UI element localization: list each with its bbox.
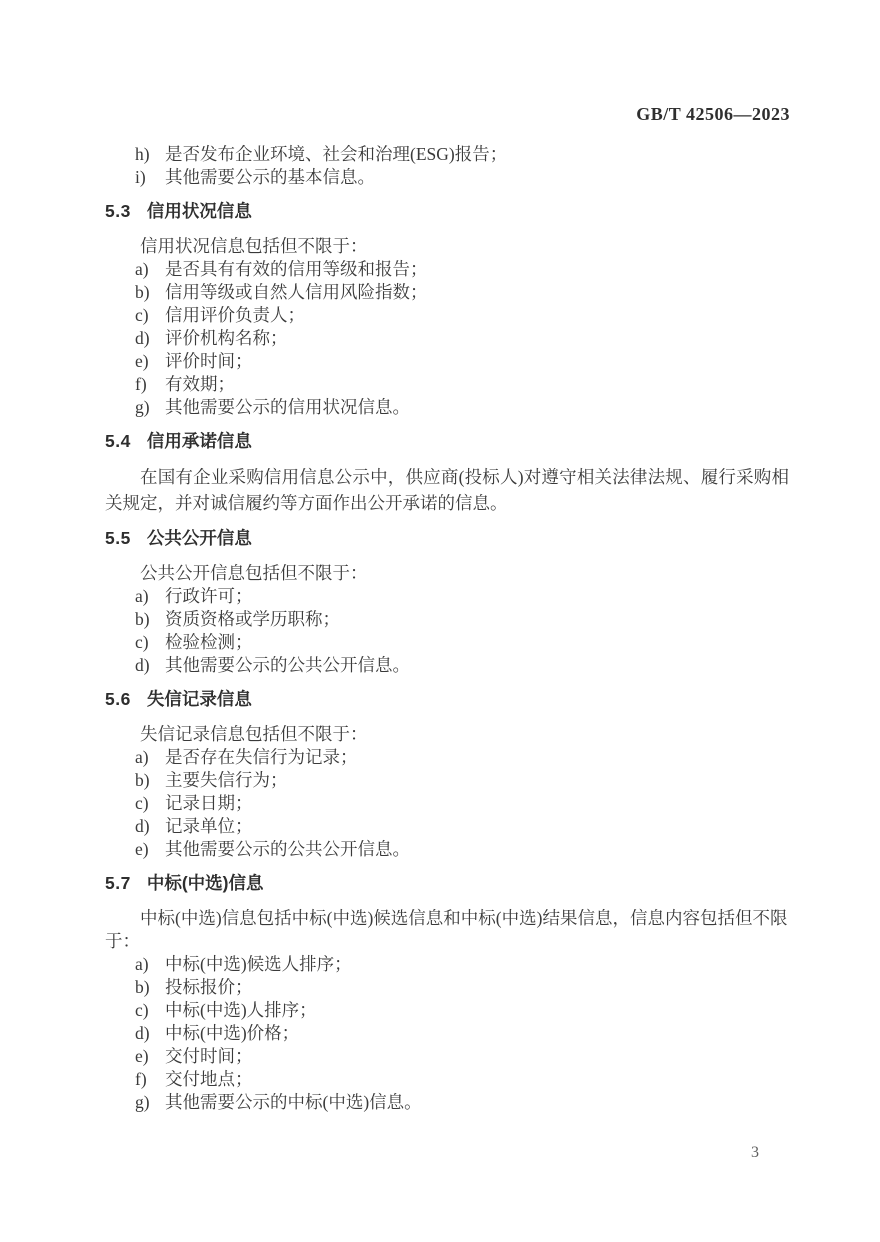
- list-item-letter: c): [135, 304, 165, 327]
- list-intro: 失信记录信息包括但不限于：: [105, 723, 789, 746]
- list-item: b)信用等级或自然人信用风险指数；: [135, 281, 789, 304]
- lettered-list: h)是否发布企业环境、社会和治理(ESG)报告；i)其他需要公示的基本信息。: [105, 143, 789, 189]
- list-item: b)资质资格或学历职称；: [135, 608, 789, 631]
- list-item-text: 其他需要公示的信用状况信息。: [165, 396, 789, 419]
- list-item-text: 其他需要公示的公共公开信息。: [165, 838, 789, 861]
- list-item: g)其他需要公示的中标(中选)信息。: [135, 1091, 789, 1114]
- list-item-letter: g): [135, 396, 165, 419]
- list-item-letter: f): [135, 1068, 165, 1091]
- lettered-list: a)中标(中选)候选人排序；b)投标报价；c)中标(中选)人排序；d)中标(中选…: [105, 953, 789, 1114]
- list-item-letter: d): [135, 815, 165, 838]
- standard-code-header: GB/T 42506—2023: [636, 104, 790, 125]
- list-item-text: 其他需要公示的公共公开信息。: [165, 654, 789, 677]
- section-number: 5.6: [105, 688, 131, 711]
- body-paragraph: 在国有企业采购信用信息公示中，供应商(投标人)对遵守相关法律法规、履行采购相关规…: [105, 465, 789, 516]
- list-item-text: 交付时间；: [165, 1045, 789, 1068]
- list-item-letter: i): [135, 166, 165, 189]
- list-item: b)投标报价；: [135, 976, 789, 999]
- list-item-text: 信用评价负责人；: [165, 304, 789, 327]
- list-item: a)行政许可；: [135, 585, 789, 608]
- list-item-text: 中标(中选)价格；: [165, 1022, 789, 1045]
- list-item-letter: d): [135, 1022, 165, 1045]
- list-item-letter: d): [135, 327, 165, 350]
- list-item: g)其他需要公示的信用状况信息。: [135, 396, 789, 419]
- list-item-letter: a): [135, 585, 165, 608]
- lettered-list: a)是否存在失信行为记录；b)主要失信行为；c)记录日期；d)记录单位；e)其他…: [105, 746, 789, 861]
- list-item: d)评价机构名称；: [135, 327, 789, 350]
- section-heading: 5.6失信记录信息: [105, 688, 789, 711]
- list-item-letter: b): [135, 608, 165, 631]
- section-heading: 5.4信用承诺信息: [105, 430, 789, 453]
- list-item: d)中标(中选)价格；: [135, 1022, 789, 1045]
- list-item: b)主要失信行为；: [135, 769, 789, 792]
- section-heading: 5.7中标(中选)信息: [105, 872, 789, 895]
- section-heading: 5.5公共公开信息: [105, 527, 789, 550]
- list-item-text: 资质资格或学历职称；: [165, 608, 789, 631]
- list-item: a)是否具有有效的信用等级和报告；: [135, 258, 789, 281]
- list-item-letter: a): [135, 258, 165, 281]
- list-item: e)交付时间；: [135, 1045, 789, 1068]
- list-item-letter: d): [135, 654, 165, 677]
- list-item-letter: g): [135, 1091, 165, 1114]
- section-title: 信用承诺信息: [147, 430, 252, 453]
- list-item: c)记录日期；: [135, 792, 789, 815]
- list-item-text: 其他需要公示的中标(中选)信息。: [165, 1091, 789, 1114]
- list-item-letter: h): [135, 143, 165, 166]
- list-item-letter: e): [135, 350, 165, 373]
- list-item-text: 是否存在失信行为记录；: [165, 746, 789, 769]
- section-title: 信用状况信息: [147, 200, 252, 223]
- list-item-text: 行政许可；: [165, 585, 789, 608]
- list-item-letter: e): [135, 1045, 165, 1068]
- section-number: 5.7: [105, 872, 131, 895]
- list-item-letter: f): [135, 373, 165, 396]
- list-item-text: 评价机构名称；: [165, 327, 789, 350]
- list-item-text: 记录单位；: [165, 815, 789, 838]
- list-item-text: 中标(中选)人排序；: [165, 999, 789, 1022]
- list-item-letter: a): [135, 953, 165, 976]
- list-item-text: 有效期；: [165, 373, 789, 396]
- list-item-letter: b): [135, 281, 165, 304]
- list-item-text: 其他需要公示的基本信息。: [165, 166, 789, 189]
- list-item: d)记录单位；: [135, 815, 789, 838]
- section-title: 公共公开信息: [147, 527, 252, 550]
- list-item: a)中标(中选)候选人排序；: [135, 953, 789, 976]
- list-item-letter: b): [135, 769, 165, 792]
- list-item-text: 中标(中选)候选人排序；: [165, 953, 789, 976]
- list-item: e)其他需要公示的公共公开信息。: [135, 838, 789, 861]
- list-item: c)检验检测；: [135, 631, 789, 654]
- list-item-text: 交付地点；: [165, 1068, 789, 1091]
- list-item-letter: c): [135, 792, 165, 815]
- list-item-letter: a): [135, 746, 165, 769]
- list-item-letter: c): [135, 999, 165, 1022]
- list-item-text: 投标报价；: [165, 976, 789, 999]
- list-intro: 公共公开信息包括但不限于：: [105, 562, 789, 585]
- list-intro: 中标(中选)信息包括中标(中选)候选信息和中标(中选)结果信息，信息内容包括但不…: [105, 907, 789, 953]
- list-intro: 信用状况信息包括但不限于：: [105, 235, 789, 258]
- document-page: GB/T 42506—2023 h)是否发布企业环境、社会和治理(ESG)报告；…: [0, 0, 880, 1242]
- lettered-list: a)行政许可；b)资质资格或学历职称；c)检验检测；d)其他需要公示的公共公开信…: [105, 585, 789, 677]
- section-number: 5.3: [105, 200, 131, 223]
- list-item-text: 是否具有有效的信用等级和报告；: [165, 258, 789, 281]
- list-item-text: 评价时间；: [165, 350, 789, 373]
- list-item-text: 是否发布企业环境、社会和治理(ESG)报告；: [165, 143, 789, 166]
- list-item-letter: c): [135, 631, 165, 654]
- document-body: h)是否发布企业环境、社会和治理(ESG)报告；i)其他需要公示的基本信息。5.…: [105, 143, 789, 1115]
- list-item: f)交付地点；: [135, 1068, 789, 1091]
- page-number: 3: [0, 1144, 880, 1162]
- list-item: h)是否发布企业环境、社会和治理(ESG)报告；: [135, 143, 789, 166]
- list-item-text: 信用等级或自然人信用风险指数；: [165, 281, 789, 304]
- list-item: d)其他需要公示的公共公开信息。: [135, 654, 789, 677]
- list-item: c)中标(中选)人排序；: [135, 999, 789, 1022]
- list-item-text: 主要失信行为；: [165, 769, 789, 792]
- list-item: f)有效期；: [135, 373, 789, 396]
- section-title: 失信记录信息: [147, 688, 252, 711]
- list-item: c)信用评价负责人；: [135, 304, 789, 327]
- section-number: 5.5: [105, 527, 131, 550]
- section-title: 中标(中选)信息: [147, 872, 264, 895]
- list-item-letter: b): [135, 976, 165, 999]
- list-item-text: 记录日期；: [165, 792, 789, 815]
- section-number: 5.4: [105, 430, 131, 453]
- list-item: a)是否存在失信行为记录；: [135, 746, 789, 769]
- list-item-text: 检验检测；: [165, 631, 789, 654]
- lettered-list: a)是否具有有效的信用等级和报告；b)信用等级或自然人信用风险指数；c)信用评价…: [105, 258, 789, 419]
- list-item: i)其他需要公示的基本信息。: [135, 166, 789, 189]
- list-item-letter: e): [135, 838, 165, 861]
- section-heading: 5.3信用状况信息: [105, 200, 789, 223]
- list-item: e)评价时间；: [135, 350, 789, 373]
